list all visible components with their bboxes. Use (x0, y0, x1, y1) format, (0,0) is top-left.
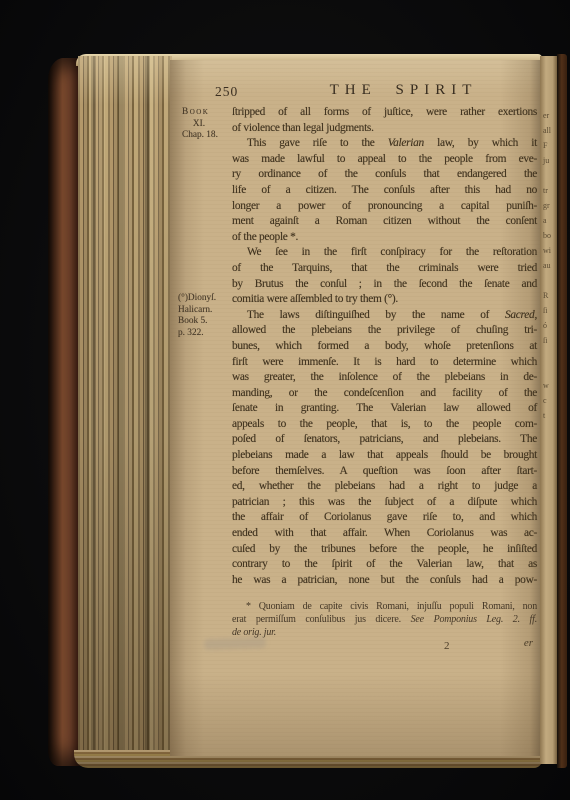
text-line: comitia were aſſembled to try them (°). (232, 292, 537, 308)
text-line (543, 168, 557, 183)
paragraph: The laws diſtinguiſhed by the name of Sa… (232, 308, 537, 589)
facing-page-text-fragments: erallFju trgrabowiau Rſióſi wct (540, 56, 557, 423)
text-line: Book 5. (178, 316, 232, 328)
text-line: F (543, 138, 557, 153)
text-line: of the people *. (232, 230, 537, 246)
text-line: contrary to the ſpirit of the Valerian l… (232, 557, 537, 573)
paragraph: ſtripped of all forms of juſtice, were r… (232, 105, 537, 136)
book: 250 THE SPIRIT BookXI.Chap. 18. (°)Diony… (48, 54, 567, 768)
text-line: ſi (543, 333, 557, 348)
text-line: ed, whether the plebeians had a right to… (232, 479, 537, 495)
text-line: We ſee in the firſt conſpiracy for the r… (232, 245, 537, 261)
text-line: was greater, the inſolence of the plebei… (232, 370, 537, 386)
text-line: p. 322. (178, 328, 232, 340)
text-line: au (543, 258, 557, 273)
paragraph: This gave riſe to the Valerian law, by w… (232, 136, 537, 245)
text-line: a (543, 213, 557, 228)
margin-note-chapter: BookXI.Chap. 18. (182, 107, 232, 142)
signature-row: 2 er (232, 637, 537, 653)
text-line: tr (543, 183, 557, 198)
text-line: Chap. 18. (182, 130, 232, 142)
text-block: ſtripped of all forms of juſtice, were r… (232, 105, 537, 588)
text-line: ſtripped of all forms of juſtice, were r… (232, 105, 537, 121)
text-line: he was a patrician, none but the conſuls… (232, 573, 537, 589)
text-line: * Quoniam de capite civis Romani, injuſſ… (232, 600, 537, 613)
text-line (543, 363, 557, 378)
text-line: bunes, which formed a body, whoſe preten… (232, 339, 537, 355)
text-line: before themſelves. A queſtion was ſoon a… (232, 464, 537, 480)
facing-page-edge: erallFju trgrabowiau Rſióſi wct (540, 56, 557, 764)
text-line: XI. (182, 119, 216, 131)
page-number: 250 (215, 84, 238, 100)
text-line: allowed the plebeians the privilege of c… (232, 323, 537, 339)
text-line: ó (543, 318, 557, 333)
text-line: The laws diſtinguiſhed by the name of Sa… (232, 308, 537, 324)
margin-note-citation: (°)Dionyſ.Halicarn.Book 5.p. 322. (178, 293, 232, 339)
text-line: manding, or the condeſcenſion and facili… (232, 386, 537, 402)
text-line: appeals to the people, that is, to the p… (232, 417, 537, 433)
text-line: gr (543, 198, 557, 213)
book-page: 250 THE SPIRIT BookXI.Chap. 18. (°)Diony… (170, 60, 540, 756)
text-line: by Brutus the conſul ; in the ſecond the… (232, 277, 537, 293)
text-line: This gave riſe to the Valerian law, by w… (232, 136, 537, 152)
text-line: all (543, 123, 557, 138)
text-line (543, 273, 557, 288)
text-line: longer a power of pronouncing a capital … (232, 199, 537, 215)
text-line: of violence than legal judgments. (232, 121, 537, 137)
text-line: er (543, 108, 557, 123)
text-line: ended with that affair. When Coriolanus … (232, 526, 537, 542)
running-title: THE SPIRIT (270, 82, 537, 99)
text-line: ju (543, 153, 557, 168)
text-line: ry ordinance of the conſuls that endange… (232, 167, 537, 183)
text-line: life of a citizen. The conſuls after thi… (232, 183, 537, 199)
text-line: of the Tarquins, that the criminals were… (232, 261, 537, 277)
text-line: firſt were immenſe. It is hard to determ… (232, 355, 537, 371)
text-line: plebeians made a law that appeals ſhould… (232, 448, 537, 464)
show-through-smudge (204, 637, 266, 650)
text-line: was made lawful to appeal to the people … (232, 152, 537, 168)
text-line: poſed of ſenators, patricians, and plebe… (232, 432, 537, 448)
text-line: R (543, 288, 557, 303)
paragraph: We ſee in the firſt conſpiracy for the r… (232, 245, 537, 307)
text-line: Book (182, 107, 232, 119)
book-spine (48, 58, 82, 766)
fore-edge-left-pages (78, 56, 172, 756)
text-line: ment againſt a Roman citizen without the… (232, 214, 537, 230)
text-line: the affair of Coriolanus gave riſe to, a… (232, 510, 537, 526)
text-line: ſi (543, 303, 557, 318)
text-line: erat permiſſum conſulibus jus dicere. Se… (232, 613, 537, 626)
text-line: t (543, 408, 557, 423)
text-line: cuſed by the tribunes before the people,… (232, 542, 537, 558)
text-line: w (543, 378, 557, 393)
text-line: (°)Dionyſ. (178, 293, 232, 305)
text-line: bo (543, 228, 557, 243)
text-line: ſenate in granting. The Valerian law all… (232, 401, 537, 417)
text-line (543, 348, 557, 363)
press-figure: 2 (444, 640, 450, 652)
text-line: patrician ; this was the ſubject of a di… (232, 495, 537, 511)
text-line: Halicarn. (178, 305, 232, 317)
footnote: * Quoniam de capite civis Romani, injuſſ… (232, 600, 537, 639)
board-edge (557, 54, 567, 768)
text-line: wi (543, 243, 557, 258)
text-line: c (543, 393, 557, 408)
catchword: er (524, 637, 533, 649)
